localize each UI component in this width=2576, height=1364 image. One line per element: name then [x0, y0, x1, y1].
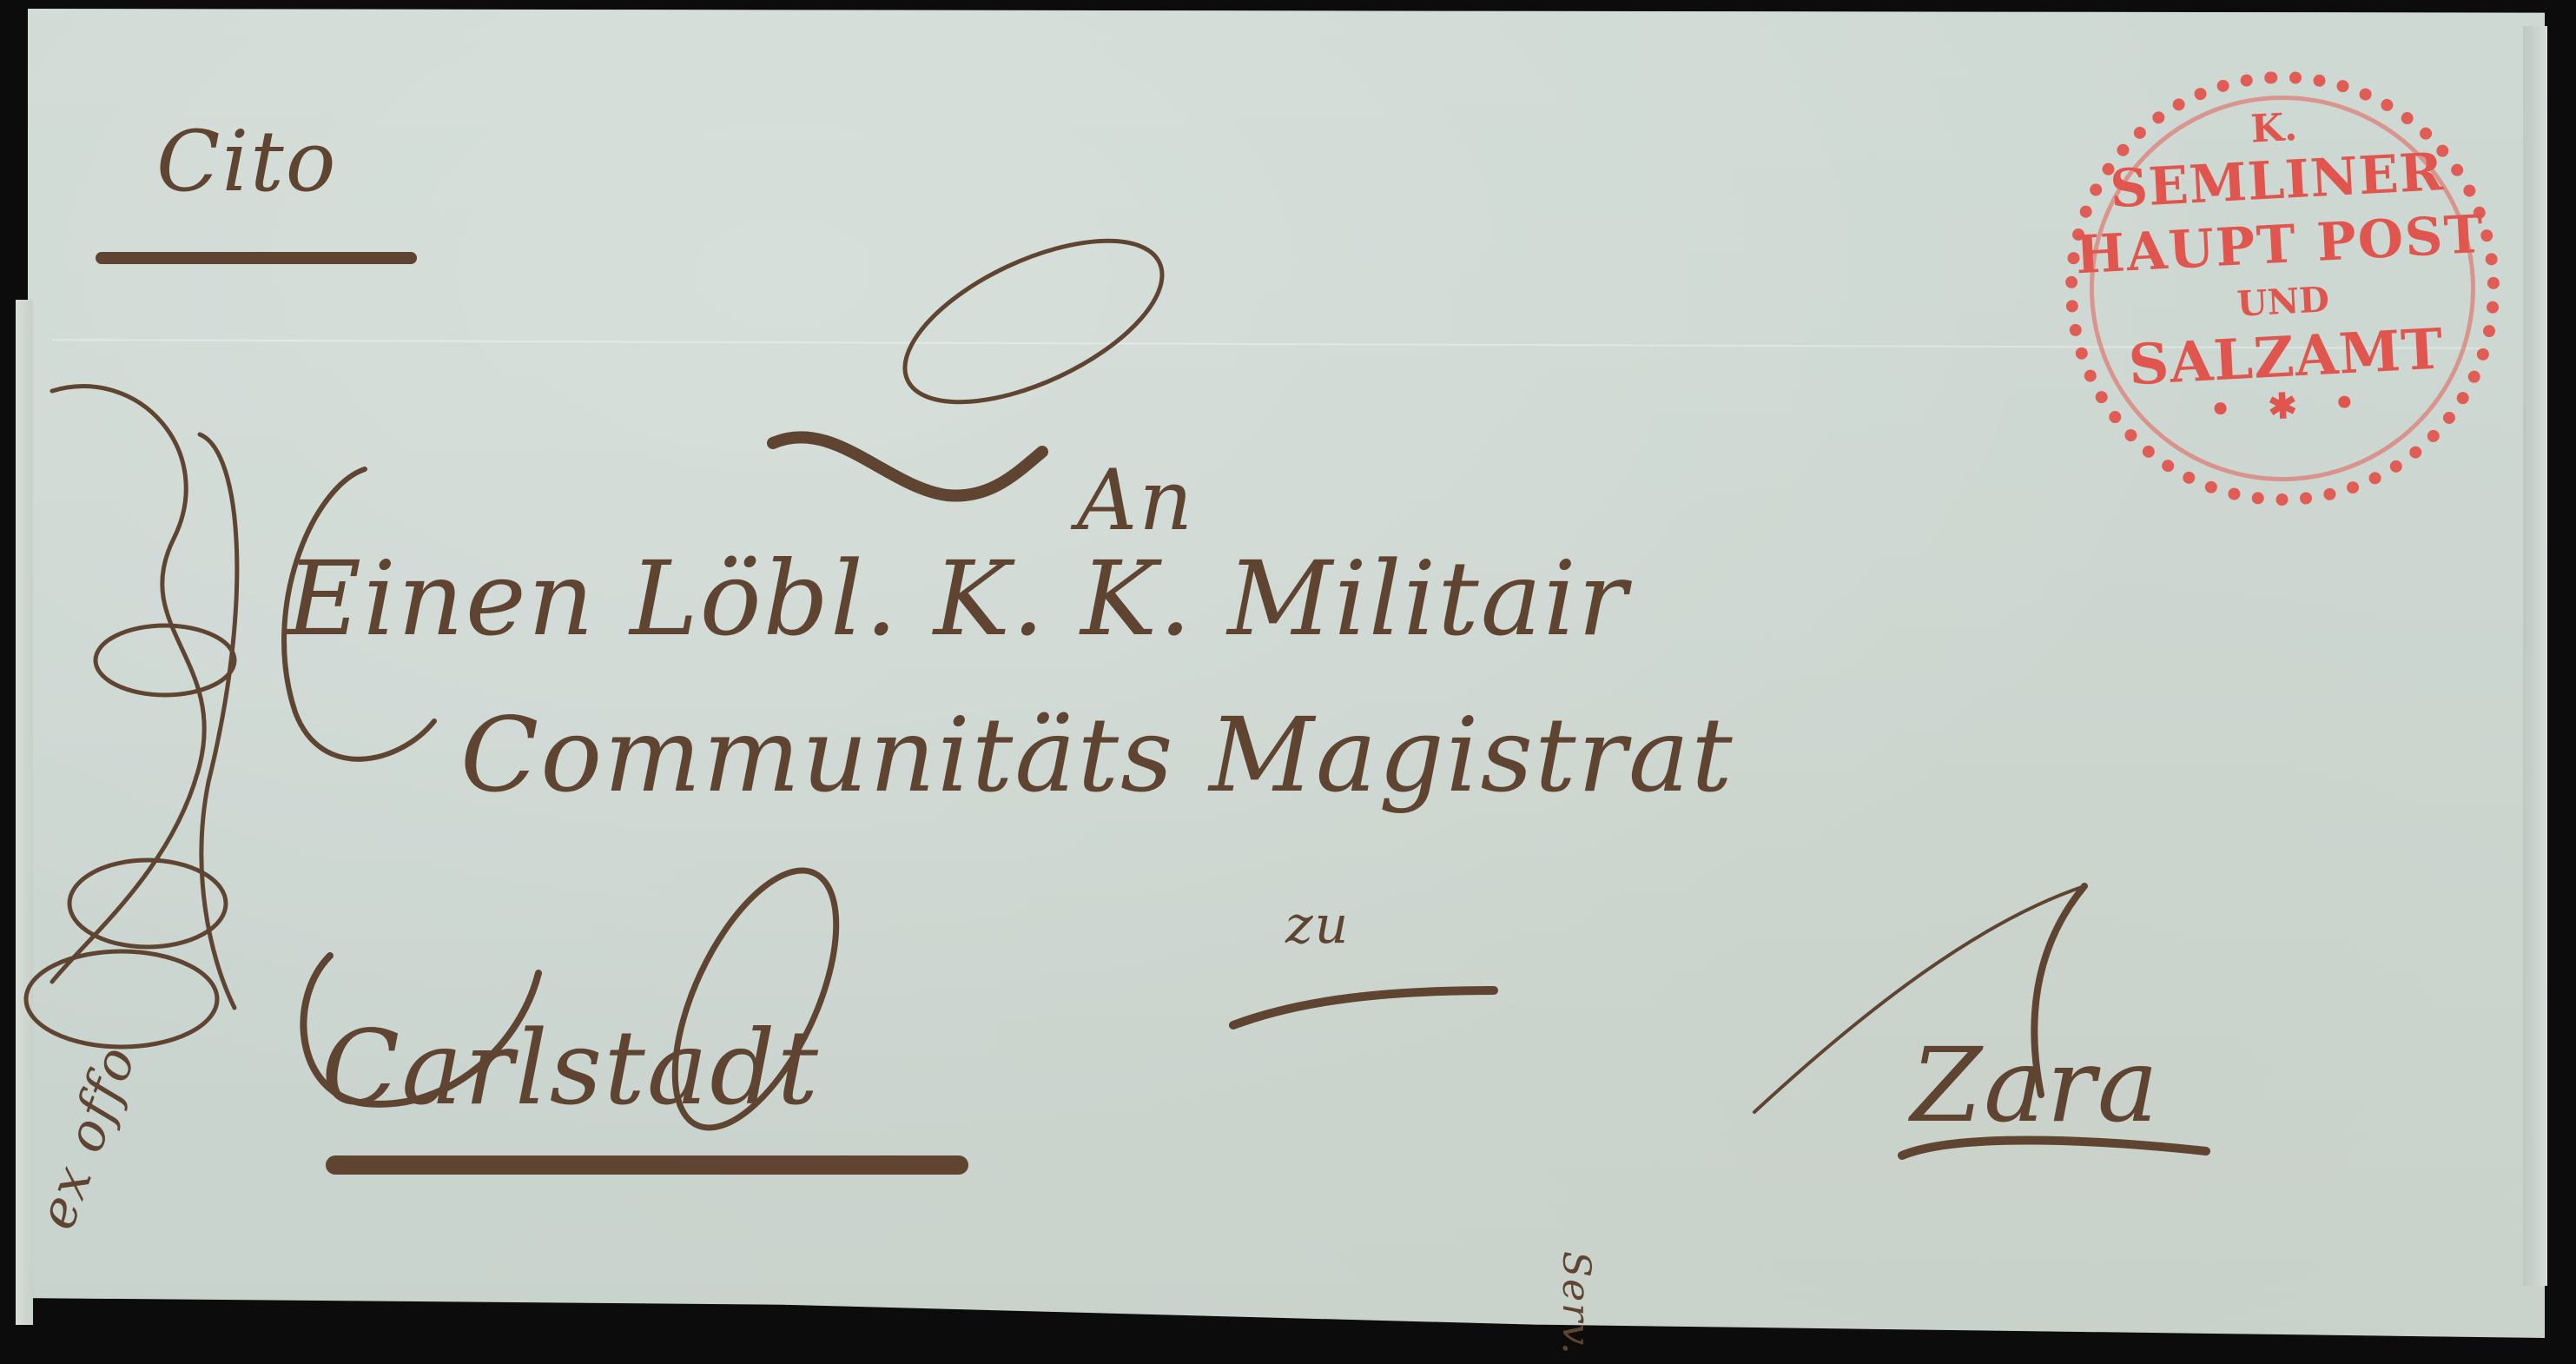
address-line-2: Einen Löbl. K. K. Militair [287, 539, 1628, 659]
destination-underline [326, 1155, 968, 1175]
address-line-1: An [1077, 452, 1194, 549]
address-destination-right: Zara [1911, 1025, 2160, 1145]
address-line-3: Communitäts Magistrat [460, 695, 1734, 815]
address-line-4: zu [1285, 895, 1350, 956]
address-destination: Carlstadt [321, 1008, 820, 1128]
margin-note-bottom-center: Serv. [1554, 1251, 1598, 1356]
